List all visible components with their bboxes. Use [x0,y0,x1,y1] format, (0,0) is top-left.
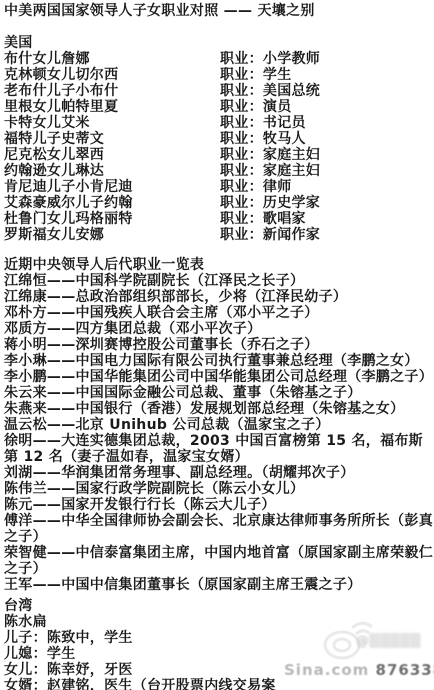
us-row: 艾森豪威尔儿子约翰 职业：历史学家 [4,195,434,211]
person-name: 老布什儿子小布什 [4,83,220,99]
person-occupation: 职业：书记员 [220,115,434,131]
occupation-value: 律师 [263,179,292,195]
cn-row: 朱云来——中国国际金融公司总裁、董事（朱镕基之子） [4,385,434,401]
person-occupation: 职业：家庭主妇 [220,147,434,163]
tw-row: 女婿：赵建铭，医生（台开股票内线交易案 [4,678,434,690]
occupation-label: 职业： [220,179,263,195]
person-name: 福特儿子史蒂文 [4,131,220,147]
person-occupation: 职业：律师 [220,179,434,195]
occupation-label: 职业： [220,99,263,115]
us-row: 老布什儿子小布什 职业：美国总统 [4,83,434,99]
occupation-label: 职业： [220,147,263,163]
cn-row: 陈元——国家开发银行行长（陈云大儿子） [4,497,434,513]
cn-row: 王军——中国中信集团董事长（原国家副主席王震之子） [4,577,434,593]
section-tw: 台湾 陈水扁 儿子：陈致中，学生 儿媳：学生 女儿：陈幸妤，牙医 女婿：赵建铭，… [4,598,434,690]
us-row: 福特儿子史蒂文 职业：牧马人 [4,131,434,147]
person-occupation: 职业：家庭主妇 [220,163,434,179]
page-title: 中美两国国家领导人子女职业对照 —— 天壤之别 [4,3,434,19]
person-name: 尼克松女儿翠西 [4,147,220,163]
person-name: 罗斯福女儿安娜 [4,227,220,243]
us-row: 杜鲁门女儿玛格丽特 职业：歌唱家 [4,211,434,227]
us-row: 里根女儿帕特里夏 职业：演员 [4,99,434,115]
person-occupation: 职业：历史学家 [220,195,434,211]
person-occupation: 职业：牧马人 [220,131,434,147]
cn-row: 温云松——北京 Unihub 公司总裁（温家宝之子） [4,417,434,433]
person-name: 肯尼迪儿子小肯尼迪 [4,179,220,195]
occupation-label: 职业： [220,195,263,211]
person-name: 里根女儿帕特里夏 [4,99,220,115]
cn-row: 朱燕来——中国银行（香港）发展规划部总经理（朱镕基之女） [4,401,434,417]
us-row: 罗斯福女儿安娜 职业：新闻作家 [4,227,434,243]
cn-row: 邓朴方——中国残疾人联合会主席（邓小平之子） [4,305,434,321]
occupation-label: 职业： [220,67,263,83]
tw-row: 儿媳：学生 [4,646,434,662]
occupation-label: 职业： [220,51,263,67]
occupation-value: 牧马人 [263,131,306,147]
occupation-value: 书记员 [263,115,306,131]
cn-row: 邓质方——四方集团总裁（邓小平次子） [4,321,434,337]
person-name: 克林顿女儿切尔西 [4,67,220,83]
person-occupation: 职业：新闻作家 [220,227,434,243]
cn-row: 陈伟兰——国家行政学院副院长（陈云小女儿） [4,481,434,497]
cn-row: 江绵康——总政治部组织部部长，少将（江泽民幼子） [4,289,434,305]
us-row: 约翰逊女儿琳达 职业：家庭主妇 [4,163,434,179]
cn-row: 刘湖——华润集团常务理事、副总经理。（胡耀邦次子） [4,465,434,481]
occupation-label: 职业： [220,83,263,99]
cn-row: 傅洋——中华全国律师协会副会长、北京康达律师事务所所长（彭真之子） [4,513,434,545]
us-row: 肯尼迪儿子小肯尼迪 职业：律师 [4,179,434,195]
occupation-label: 职业： [220,115,263,131]
tw-row: 陈水扁 [4,614,434,630]
blank-line [4,243,434,257]
cn-row: 江绵恒——中国科学院副院长（江泽民之长子） [4,273,434,289]
occupation-value: 演员 [263,99,292,115]
person-occupation: 职业：学生 [220,67,434,83]
person-occupation: 职业：小学教师 [220,51,434,67]
tw-row: 儿子：陈致中，学生 [4,630,434,646]
cn-row: 徐明——大连实德集团总裁，2003 中国百富榜第 15 名，福布斯第 12 名（… [4,433,434,465]
section-us: 美国 布什女儿詹娜 职业：小学教师 克林顿女儿切尔西 职业：学生 老布什儿子小布… [4,35,434,243]
tw-row: 女儿：陈幸妤，牙医 [4,662,434,678]
tw-section-heading: 台湾 [4,598,434,614]
us-row: 布什女儿詹娜 职业：小学教师 [4,51,434,67]
occupation-value: 歌唱家 [263,211,306,227]
person-name: 艾森豪威尔儿子约翰 [4,195,220,211]
occupation-value: 新闻作家 [263,227,320,243]
person-occupation: 职业：演员 [220,99,434,115]
person-occupation: 职业：歌唱家 [220,211,434,227]
person-name: 约翰逊女儿琳达 [4,163,220,179]
person-name: 杜鲁门女儿玛格丽特 [4,211,220,227]
blank-line [4,19,434,35]
cn-row: 荣智健——中信泰富集团主席，中国内地首富（原国家副主席荣毅仁之子） [4,545,434,577]
occupation-value: 家庭主妇 [263,147,320,163]
occupation-label: 职业： [220,211,263,227]
cn-row: 李小鹏——中国华能集团公司中国华能集团公司总经理（李鹏之子） [4,369,434,385]
occupation-value: 历史学家 [263,195,320,211]
occupation-value: 美国总统 [263,83,320,99]
us-row: 克林顿女儿切尔西 职业：学生 [4,67,434,83]
occupation-value: 家庭主妇 [263,163,320,179]
section-cn: 近期中央领导人后代职业一览表 江绵恒——中国科学院副院长（江泽民之长子） 江绵康… [4,257,434,593]
person-name: 卡特女儿艾米 [4,115,220,131]
person-name: 布什女儿詹娜 [4,51,220,67]
occupation-value: 小学教师 [263,51,320,67]
document-image: 中美两国国家领导人子女职业对照 —— 天壤之别 美国 布什女儿詹娜 职业：小学教… [0,0,434,690]
cn-row: 李小琳——中国电力国际有限公司执行董事兼总经理（李鹏之女） [4,353,434,369]
cn-row: 蒋小明——深圳赛博控股公司董事长（乔石之子） [4,337,434,353]
person-occupation: 职业：美国总统 [220,83,434,99]
occupation-label: 职业： [220,227,263,243]
us-row: 尼克松女儿翠西 职业：家庭主妇 [4,147,434,163]
cn-section-heading: 近期中央领导人后代职业一览表 [4,257,434,273]
occupation-value: 学生 [263,67,292,83]
occupation-label: 职业： [220,131,263,147]
us-section-heading: 美国 [4,35,434,51]
occupation-label: 职业： [220,163,263,179]
us-row: 卡特女儿艾米 职业：书记员 [4,115,434,131]
